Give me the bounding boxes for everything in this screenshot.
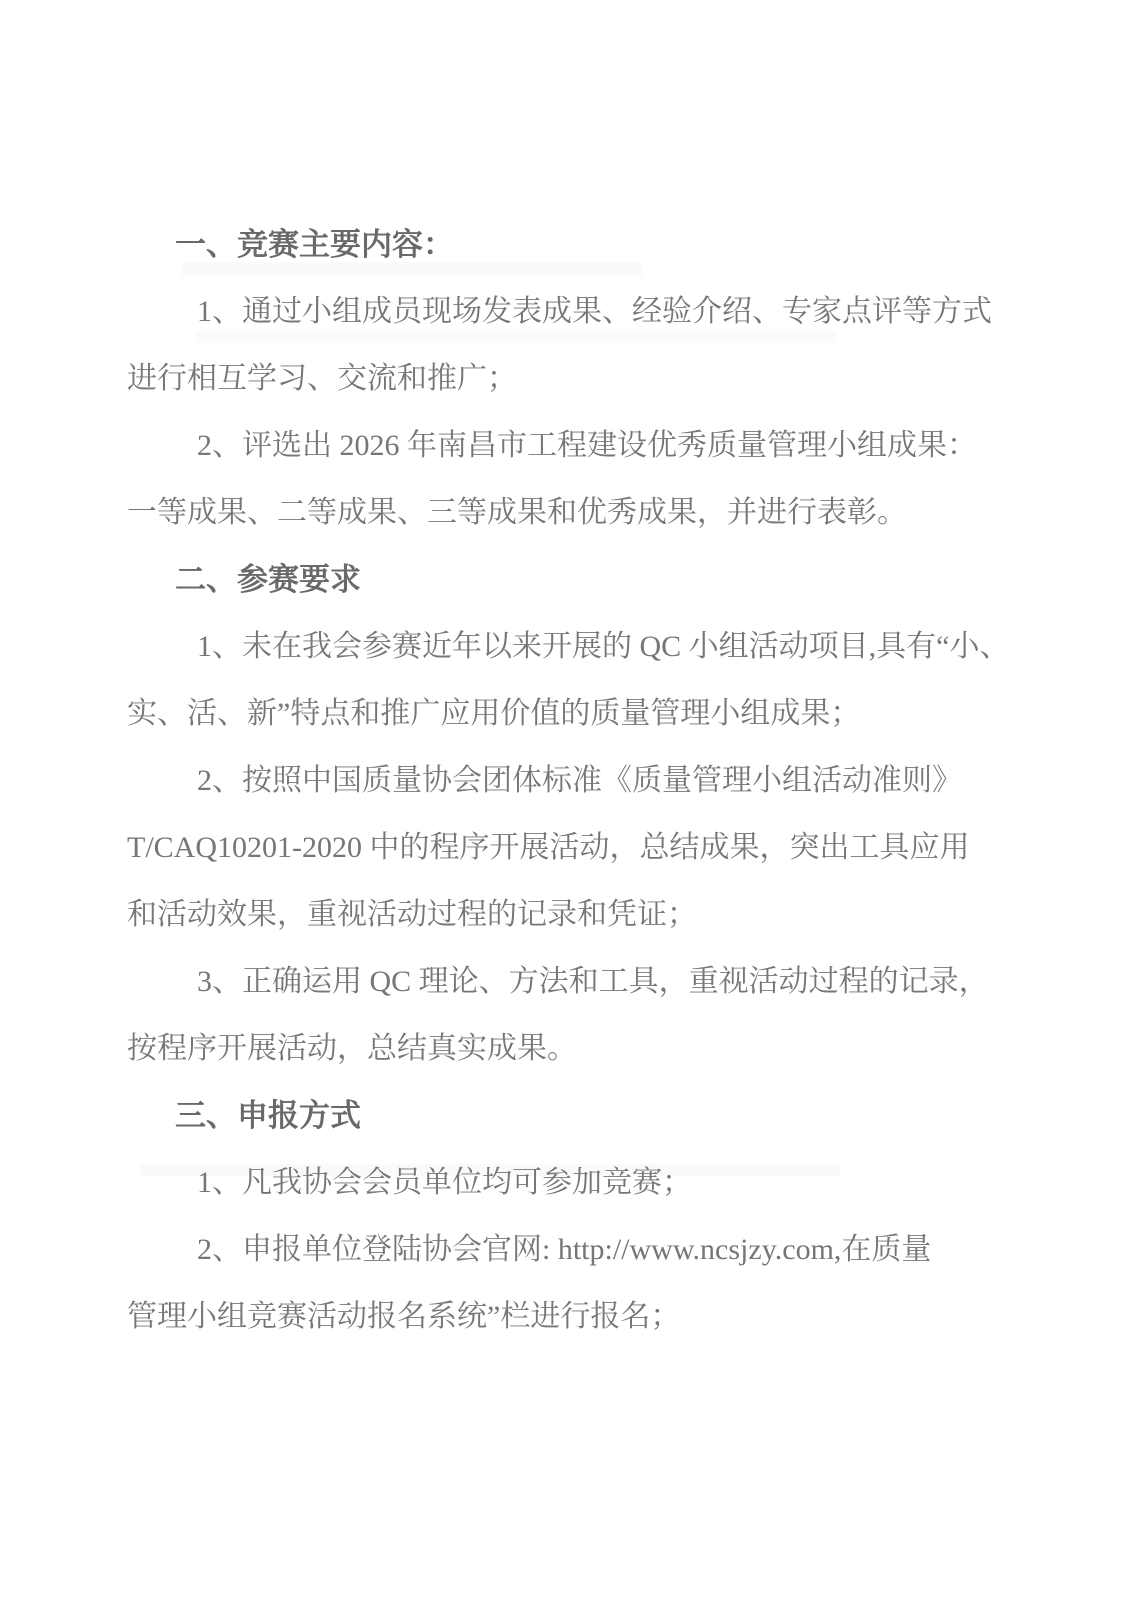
- document-page: 一、竞赛主要内容： 1、通过小组成员现场发表成果、经验介绍、专家点评等方式 进行…: [0, 0, 1131, 1600]
- section-3-heading: 三、申报方式: [127, 1082, 1017, 1149]
- section-3-paragraph-2-line-2: 管理小组竞赛活动报名系统”栏进行报名；: [127, 1283, 1017, 1350]
- section-2-paragraph-3-line-1: 3、正确运用 QC 理论、方法和工具，重视活动过程的记录，: [127, 948, 1017, 1015]
- section-2-paragraph-1-line-2: 实、活、新”特点和推广应用价值的质量管理小组成果；: [127, 680, 1017, 747]
- section-1-paragraph-2-line-1: 2、评选出 2026 年南昌市工程建设优秀质量管理小组成果：: [127, 412, 1017, 479]
- section-1-heading: 一、竞赛主要内容：: [127, 211, 1017, 278]
- section-2-paragraph-1-line-1: 1、未在我会参赛近年以来开展的 QC 小组活动项目,具有“小、: [127, 613, 1017, 680]
- section-1-paragraph-2-line-2: 一等成果、二等成果、三等成果和优秀成果，并进行表彰。: [127, 479, 1017, 546]
- section-2-heading: 二、参赛要求: [127, 546, 1017, 613]
- section-2-paragraph-3-line-2: 按程序开展活动，总结真实成果。: [127, 1015, 1017, 1082]
- document-body: 一、竞赛主要内容： 1、通过小组成员现场发表成果、经验介绍、专家点评等方式 进行…: [127, 211, 1017, 1350]
- section-2-paragraph-2-line-3: 和活动效果，重视活动过程的记录和凭证；: [127, 881, 1017, 948]
- section-2-paragraph-2-line-1: 2、按照中国质量协会团体标准《质量管理小组活动准则》: [127, 747, 1017, 814]
- section-3-paragraph-2-line-1: 2、申报单位登陆协会官网: http://www.ncsjzy.com,在质量: [127, 1216, 1017, 1283]
- section-3-paragraph-1-line-1: 1、凡我协会会员单位均可参加竞赛；: [127, 1149, 1017, 1216]
- section-1-paragraph-1-line-2: 进行相互学习、交流和推广；: [127, 345, 1017, 412]
- section-1-paragraph-1-line-1: 1、通过小组成员现场发表成果、经验介绍、专家点评等方式: [127, 278, 1017, 345]
- section-2-paragraph-2-line-2: T/CAQ10201-2020 中的程序开展活动，总结成果，突出工具应用: [127, 814, 1017, 881]
